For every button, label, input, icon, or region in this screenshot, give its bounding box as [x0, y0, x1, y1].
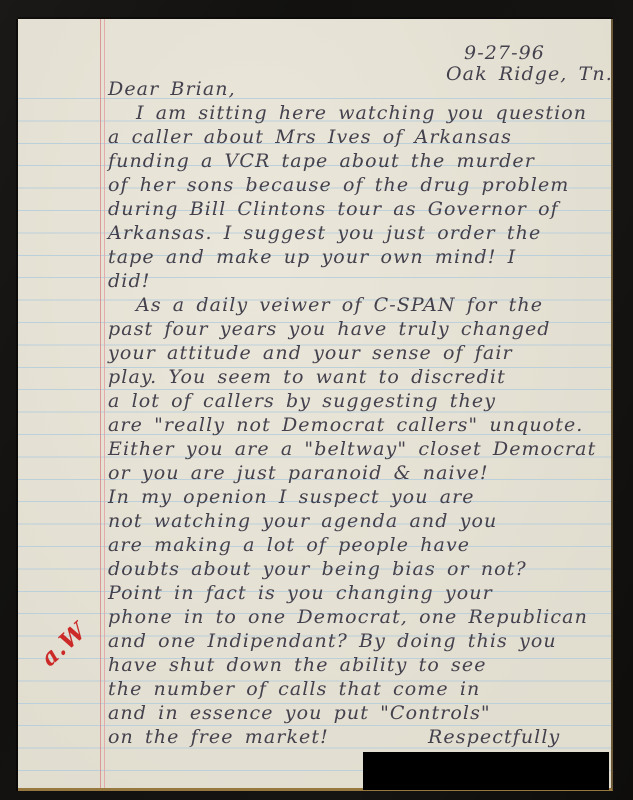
redaction-box: [363, 752, 609, 790]
letter-line: are "really not Democrat callers" unquot…: [108, 413, 596, 437]
letter-line: doubts about your being bias or not?: [108, 557, 596, 581]
letter-line: did!: [108, 269, 596, 293]
letter-line: not watching your agenda and you: [108, 509, 596, 533]
letter-page: 9-27-96 Oak Ridge, Tn. Dear Brian,I am s…: [18, 19, 613, 791]
letter-line-text: a caller about Mrs Ives of Arkansas: [108, 126, 512, 148]
letter-line: a lot of callers by suggesting they: [108, 389, 596, 413]
letter-line-text: As a daily veiwer of C-SPAN for the: [136, 294, 543, 316]
letter-line: In my openion I suspect you are: [108, 485, 596, 509]
letter-line: Arkansas. I suggest you just order the: [108, 221, 596, 245]
letter-line-text: I am sitting here watching you question: [136, 102, 587, 124]
letter-line: past four years you have truly changed: [108, 317, 596, 341]
scan-background: 9-27-96 Oak Ridge, Tn. Dear Brian,I am s…: [0, 0, 633, 800]
letter-line-text: play. You seem to want to discredit: [108, 366, 506, 388]
letter-line: As a daily veiwer of C-SPAN for the: [108, 293, 596, 317]
letter-line-text: Arkansas. I suggest you just order the: [108, 222, 541, 244]
margin-annotation: a.W: [36, 617, 93, 672]
letter-closing: Respectfully: [428, 725, 560, 749]
letter-line: I am sitting here watching you question: [108, 101, 596, 125]
letter-line: Point in fact is you changing your: [108, 581, 596, 605]
letter-line-text: or you are just paranoid & naive!: [108, 462, 489, 484]
letter-line-text: Either you are a "beltway" closet Democr…: [108, 438, 596, 460]
letter-line-text: on the free market!: [108, 726, 329, 748]
letter-line-text: and in essence you put "Controls": [108, 702, 491, 724]
letter-line: Either you are a "beltway" closet Democr…: [108, 437, 596, 461]
letter-line-text: the number of calls that come in: [108, 678, 480, 700]
letter-line-text: tape and make up your own mind! I: [108, 246, 516, 268]
letter-line-text: doubts about your being bias or not?: [108, 558, 527, 580]
letter-line: have shut down the ability to see: [108, 653, 596, 677]
letter-line-text: past four years you have truly changed: [108, 318, 551, 340]
letter-line-text: Point in fact is you changing your: [108, 582, 493, 604]
letter-lines: Dear Brian,I am sitting here watching yo…: [108, 77, 596, 749]
letter-line: funding a VCR tape about the murder: [108, 149, 596, 173]
letter-line: tape and make up your own mind! I: [108, 245, 596, 269]
letter-line: and in essence you put "Controls": [108, 701, 596, 725]
letter-line: a caller about Mrs Ives of Arkansas: [108, 125, 596, 149]
letter-line: of her sons because of the drug problem: [108, 173, 596, 197]
letter-line-text: have shut down the ability to see: [108, 654, 487, 676]
letter-line-text: did!: [108, 270, 150, 292]
letter-line: and one Indipendant? By doing this you: [108, 629, 596, 653]
letter-line-text: are "really not Democrat callers" unquot…: [108, 414, 583, 436]
letter-line: or you are just paranoid & naive!: [108, 461, 596, 485]
letter-line: during Bill Clintons tour as Governor of: [108, 197, 596, 221]
letter-line: phone in to one Democrat, one Republican: [108, 605, 596, 629]
letter-line: play. You seem to want to discredit: [108, 365, 596, 389]
letter-date: 9-27-96: [446, 43, 613, 64]
letter-line-text: your attitude and your sense of fair: [108, 342, 513, 364]
margin-line: [104, 19, 105, 788]
letter-line: your attitude and your sense of fair: [108, 341, 596, 365]
letter-line-text: during Bill Clintons tour as Governor of: [108, 198, 559, 220]
letter-line-text: are making a lot of people have: [108, 534, 470, 556]
letter-line-text: funding a VCR tape about the murder: [108, 150, 535, 172]
letter-line-text: Dear Brian,: [108, 78, 236, 100]
letter-line-text: and one Indipendant? By doing this you: [108, 630, 557, 652]
letter-line: are making a lot of people have: [108, 533, 596, 557]
letter-line-text: of her sons because of the drug problem: [108, 174, 569, 196]
margin-line: [100, 19, 101, 788]
letter-line-text: a lot of callers by suggesting they: [108, 390, 496, 412]
letter-line: the number of calls that come in: [108, 677, 596, 701]
letter-line-text: In my openion I suspect you are: [108, 486, 475, 508]
letter-line-text: phone in to one Democrat, one Republican: [108, 606, 588, 628]
letter-line: Dear Brian,: [108, 77, 596, 101]
letter-line-text: not watching your agenda and you: [108, 510, 497, 532]
